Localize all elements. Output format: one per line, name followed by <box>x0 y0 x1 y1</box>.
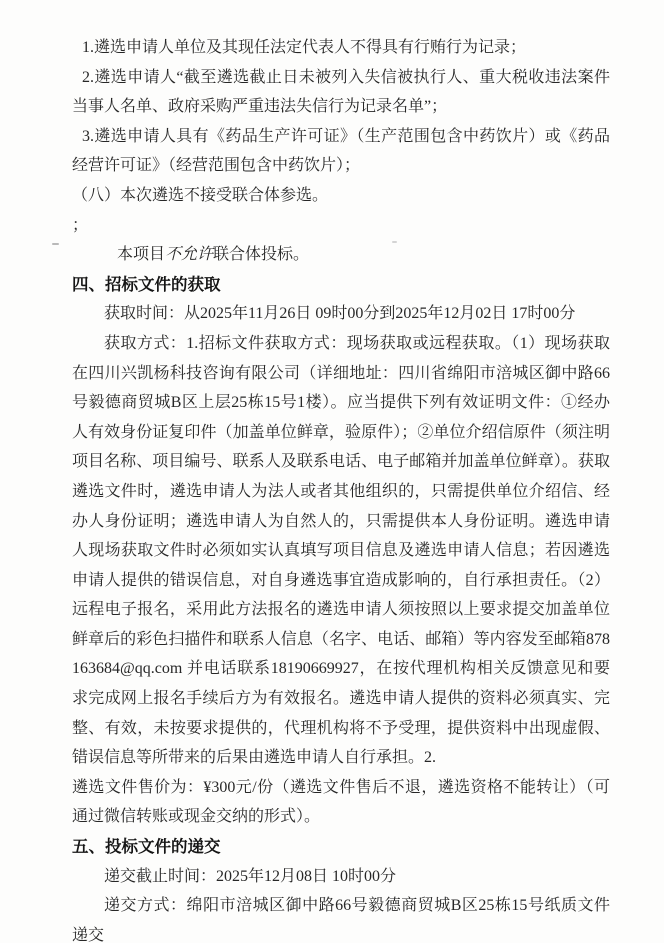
document-content: 1.遴选申请人单位及其现任法定代表人不得具有行贿行为记录；2.遴选申请人“截至遴… <box>72 33 610 943</box>
emphasized-text: 不允许 <box>165 246 213 263</box>
no-consortium-note: 本项目不允许联合体投标。 <box>72 240 610 270</box>
section-4-heading: 四、招标文件的获取 <box>72 270 610 300</box>
no-consortium-clause: （八）本次遴选不接受联合体参选。 <box>72 181 610 211</box>
qualification-item-1: 1.遴选申请人单位及其现任法定代表人不得具有行贿行为记录； <box>72 33 610 63</box>
scan-artifact <box>392 241 397 243</box>
submission-method: 递交方式：绵阳市涪城区御中路66号毅德商贸城B区25栋15号纸质文件递交 <box>72 891 610 943</box>
stray-semicolon: ； <box>72 211 610 241</box>
scan-artifact <box>52 243 59 245</box>
text-run: 本项目 <box>117 246 165 263</box>
document-price: 遴选文件售价为：¥300元/份（遴选文件售后不退，遴选资格不能转让）（可通过微信… <box>72 773 610 832</box>
text-run: 联合体投标。 <box>213 246 309 263</box>
obtain-time: 获取时间：从2025年11月26日 09时00分到2025年12月02日 17时… <box>72 299 610 329</box>
document-page: 1.遴选申请人单位及其现任法定代表人不得具有行贿行为记录；2.遴选申请人“截至遴… <box>0 0 664 943</box>
qualification-item-2: 2.遴选申请人“截至遴选截止日未被列入失信被执行人、重大税收违法案件当事人名单、… <box>72 63 610 122</box>
qualification-item-3: 3.遴选申请人具有《药品生产许可证》（生产范围包含中药饮片）或《药品经营许可证》… <box>72 122 610 181</box>
submission-deadline: 递交截止时间：2025年12月08日 10时00分 <box>72 862 610 892</box>
section-5-heading: 五、投标文件的递交 <box>72 832 610 862</box>
obtain-method: 获取方式：1.招标文件获取方式：现场获取或远程获取。（1）现场获取在四川兴凯杨科… <box>72 329 610 773</box>
